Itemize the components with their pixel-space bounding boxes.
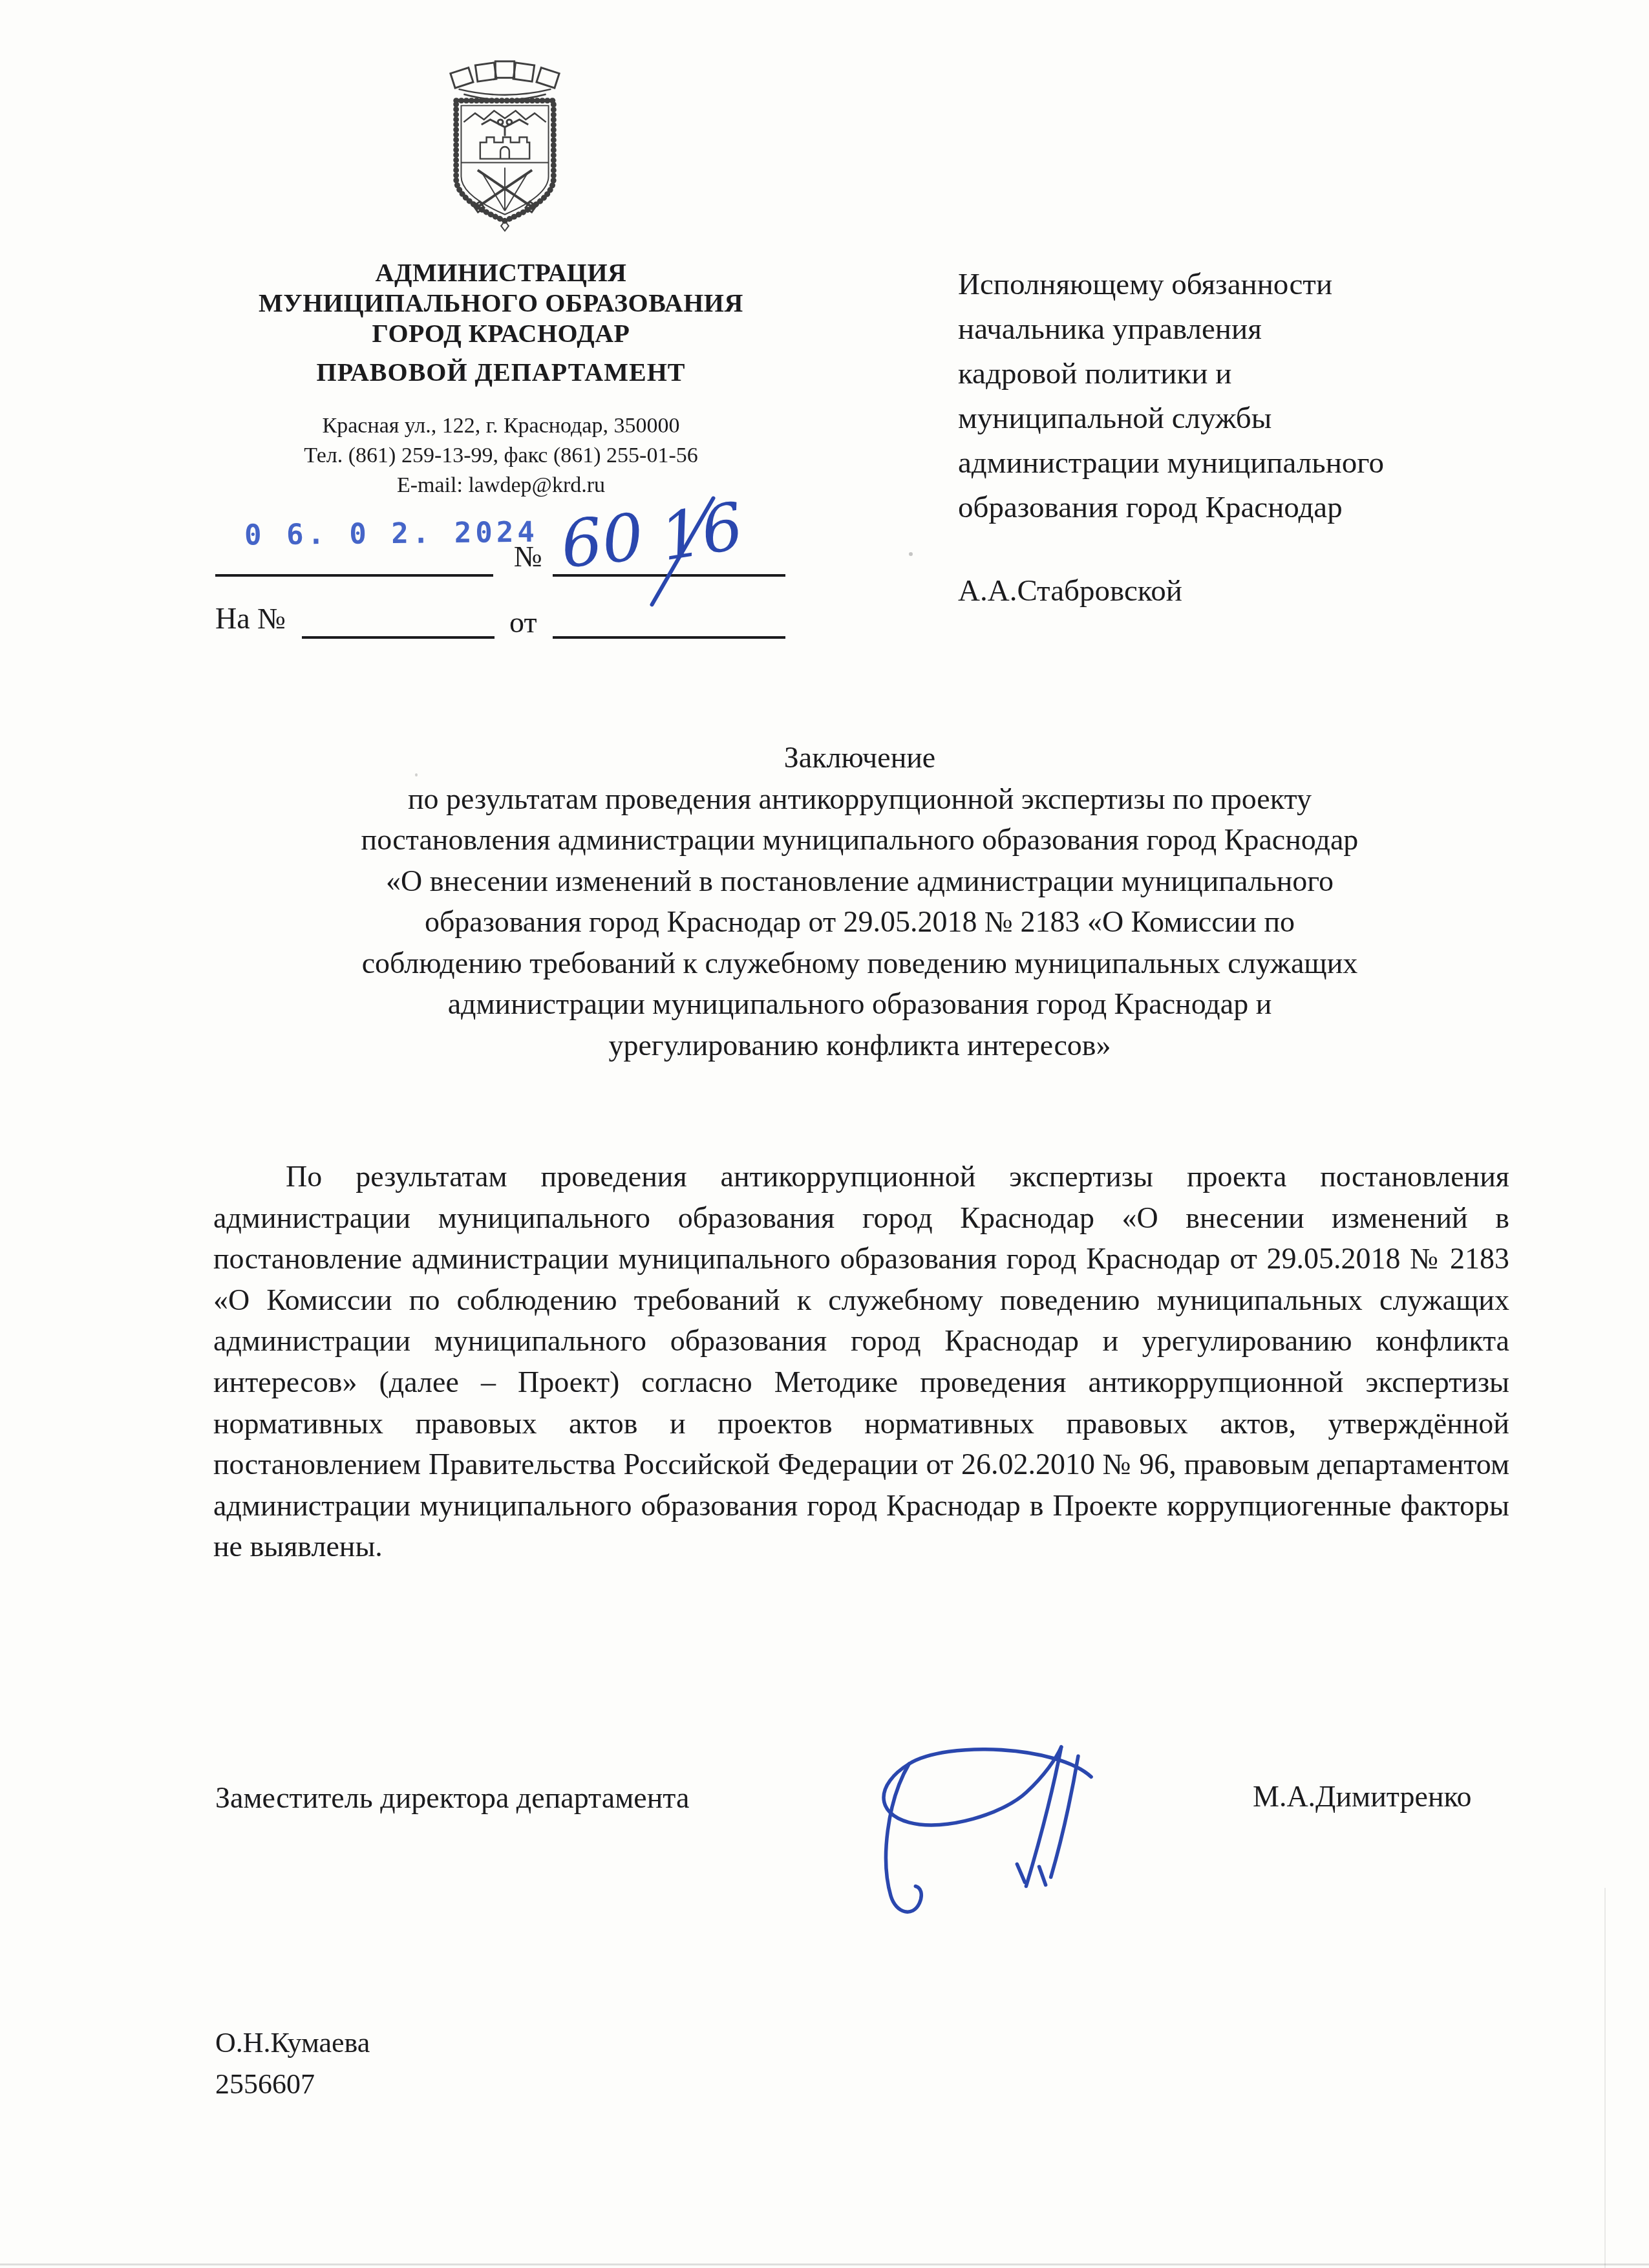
reply-date-underline [553, 636, 785, 639]
handwritten-signature [847, 1737, 1118, 1938]
recipient-line: Исполняющему обязанности [958, 262, 1540, 307]
scan-edge-vertical [1604, 1888, 1606, 2268]
sender-org-line: АДМИНИСТРАЦИЯ [213, 257, 789, 288]
scanned-letter-page: АДМИНИСТРАЦИЯ МУНИЦИПАЛЬНОГО ОБРАЗОВАНИЯ… [0, 0, 1649, 2268]
sender-org-line: МУНИЦИПАЛЬНОГО ОБРАЗОВАНИЯ [213, 288, 789, 318]
recipient-name: А.А.Стабровской [958, 569, 1540, 614]
conclusion-subtitle-line: образования город Краснодар от 29.05.201… [213, 901, 1506, 943]
banner-fan [483, 167, 527, 211]
recipient-line: кадровой политики и [958, 352, 1540, 396]
crown-of-towers [451, 61, 559, 100]
executor-block: О.Н.Кумаева 2556607 [215, 2022, 370, 2105]
outgoing-number-handwritten-part1: 60 [557, 499, 647, 583]
recipient-block: Исполняющему обязанности начальника упра… [958, 262, 1540, 614]
sender-address-line: Красная ул., 122, г. Краснодар, 350000 [213, 411, 789, 441]
conclusion-subtitle-line: соблюдению требований к служебному повед… [213, 943, 1506, 984]
conclusion-subtitle-line: «О внесении изменений в постановление ад… [213, 861, 1506, 902]
date-stamp: 0 6. 0 2. 2024 [244, 516, 538, 552]
conclusion-subtitle-line: постановления администрации муниципально… [213, 819, 1506, 861]
coat-of-arms-icon [445, 59, 565, 235]
eagle-silhouette [482, 120, 528, 136]
reply-number-underline [302, 636, 495, 639]
sender-org-line: ГОРОД КРАСНОДАР [213, 318, 789, 348]
recipient-line: образования город Краснодар [958, 486, 1540, 530]
conclusion-title: Заключение [213, 737, 1506, 778]
recipient-line: администрации муниципального [958, 441, 1540, 486]
recipient-line: муниципальной службы [958, 396, 1540, 441]
conclusion-subtitle-line: по результатам проведения антикоррупцион… [213, 778, 1506, 820]
scan-edge-bottom [0, 2263, 1649, 2265]
reply-to-number-label: На № [215, 601, 286, 636]
sender-phone-line: Тел. (861) 259-13-99, факс (861) 255-01-… [213, 441, 789, 471]
scan-speck [909, 552, 913, 556]
scan-speck [415, 773, 418, 776]
conclusion-subtitle-line: администрации муниципального образования… [213, 983, 1506, 1025]
signatory-position-title: Заместитель директора департамента [215, 1781, 689, 1815]
sender-org-block: АДМИНИСТРАЦИЯ МУНИЦИПАЛЬНОГО ОБРАЗОВАНИЯ… [213, 257, 789, 348]
gate-arch [500, 147, 509, 159]
conclusion-heading-block: Заключение по результатам проведения ант… [213, 737, 1506, 1065]
reply-date-label: от [509, 605, 537, 639]
conclusion-subtitle-line: урегулированию конфликта интересов» [213, 1025, 1506, 1066]
outgoing-number-handwritten-part2: 16 [655, 488, 749, 575]
number-label: № [514, 539, 542, 573]
fortress-wall [480, 137, 529, 158]
sender-address-block: Красная ул., 122, г. Краснодар, 350000 Т… [213, 411, 789, 500]
mountain-line [463, 111, 546, 122]
body-paragraph: По результатам проведения антикоррупцион… [213, 1156, 1509, 1567]
executor-name: О.Н.Кумаева [215, 2022, 370, 2064]
date-underline [215, 574, 493, 577]
recipient-line: начальника управления [958, 307, 1540, 352]
sender-department: ПРАВОВОЙ ДЕПАРТАМЕНТ [213, 357, 789, 387]
signatory-name: М.А.Димитренко [1253, 1779, 1472, 1813]
executor-phone: 2556607 [215, 2064, 370, 2105]
